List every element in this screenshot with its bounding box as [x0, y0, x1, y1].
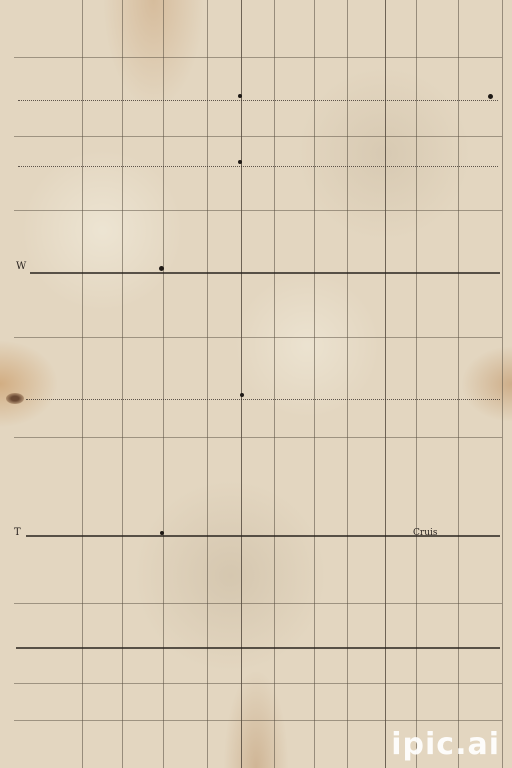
ink-dot [238, 160, 242, 164]
grid-vertical-line [458, 0, 459, 768]
grid-vertical-line [274, 0, 275, 768]
handwritten-label: Cruis [413, 529, 437, 538]
grid-horizontal-line [14, 603, 502, 604]
grid-horizontal-line [14, 720, 502, 721]
grid-solid-rule [16, 647, 500, 649]
grid-vertical-line [122, 0, 123, 768]
grid-horizontal-line [14, 136, 502, 137]
aged-grid-paper: W T Cruis ipic.ai [0, 0, 512, 768]
grid-vertical-line [163, 0, 164, 768]
grid-horizontal-line [14, 683, 502, 684]
ink-stain [6, 393, 24, 404]
ink-dot [160, 531, 164, 535]
ink-dot [488, 94, 493, 99]
grid-vertical-line [207, 0, 208, 768]
watermark-text: ipic.ai [391, 727, 500, 762]
ink-dot [240, 393, 244, 397]
grid-horizontal-line [14, 210, 502, 211]
grid-horizontal-line [14, 437, 502, 438]
grid-vertical-line [82, 0, 83, 768]
grid-dotted-rule [18, 100, 498, 101]
grid-vertical-line [416, 0, 417, 768]
ink-dot [238, 94, 242, 98]
ink-dot [159, 266, 164, 271]
grid-vertical-line [385, 0, 386, 768]
grid-dotted-rule [18, 166, 498, 167]
grid-vertical-line [241, 0, 242, 768]
grid-vertical-line [347, 0, 348, 768]
handwritten-label: W [16, 262, 26, 272]
handwritten-label: T [14, 528, 21, 538]
grid-horizontal-line [14, 337, 502, 338]
grid-dotted-rule [26, 399, 500, 400]
grid-vertical-line [502, 0, 503, 768]
grid-horizontal-line [14, 57, 502, 58]
grid-solid-rule [30, 272, 500, 274]
grid-vertical-line [314, 0, 315, 768]
